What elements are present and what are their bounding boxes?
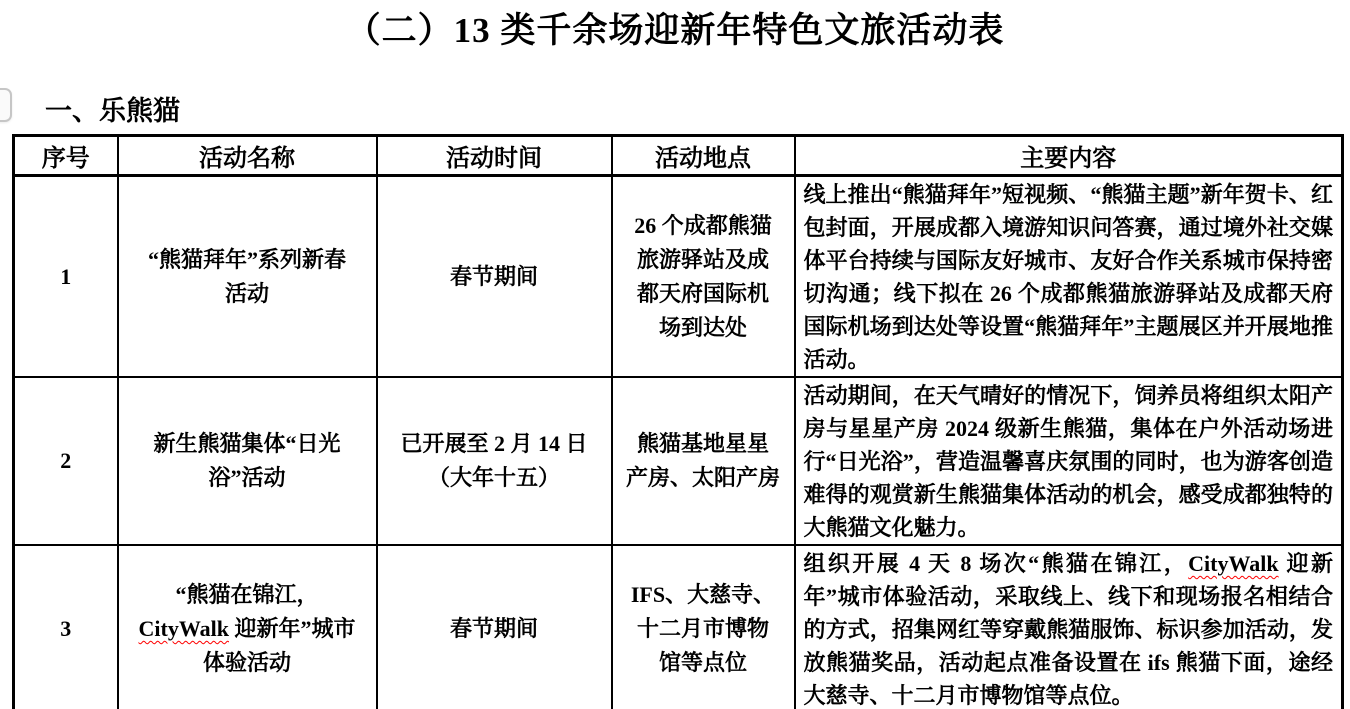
table-row: 3 “熊猫在锦江， CityWalk 迎新年”城市 体验活动 春节期间 IFS、… <box>14 545 1343 709</box>
cell-main-content: 活动期间，在天气晴好的情况下，饲养员将组织太阳产房与星星产房 2024 级新生熊… <box>795 377 1343 545</box>
cell-activity-location: 熊猫基地星星 产房、太阳产房 <box>612 377 795 545</box>
section-heading: 一、乐熊猫 <box>45 96 1350 126</box>
table-row: 2 新生熊猫集体“日光 浴”活动 已开展至 2 月 14 日 （大年十五） 熊猫… <box>14 377 1343 545</box>
cell-activity-name: “熊猫在锦江， CityWalk 迎新年”城市 体验活动 <box>118 545 377 709</box>
col-header-content: 主要内容 <box>795 136 1343 176</box>
spellcheck-underline: CityWalk <box>139 616 229 641</box>
cell-activity-time: 春节期间 <box>377 545 612 709</box>
col-header-name: 活动名称 <box>118 136 377 176</box>
col-header-time: 活动时间 <box>377 136 612 176</box>
table-row: 1 “熊猫拜年”系列新春 活动 春节期间 26 个成都熊猫 旅游驿站及成 都天府… <box>14 176 1343 378</box>
cell-activity-time: 春节期间 <box>377 176 612 378</box>
cell-activity-name: “熊猫拜年”系列新春 活动 <box>118 176 377 378</box>
cell-main-content: 线上推出“熊猫拜年”短视频、“熊猫主题”新年贺卡、红包封面，开展成都入境游知识问… <box>795 176 1343 378</box>
col-header-serial: 序号 <box>14 136 118 176</box>
col-header-location: 活动地点 <box>612 136 795 176</box>
cell-activity-location: IFS、大慈寺、 十二月市博物 馆等点位 <box>612 545 795 709</box>
cell-serial-number: 2 <box>14 377 118 545</box>
cell-serial-number: 3 <box>14 545 118 709</box>
margin-widget[interactable] <box>0 88 12 122</box>
cell-activity-name: 新生熊猫集体“日光 浴”活动 <box>118 377 377 545</box>
spellcheck-underline: CityWalk <box>1188 551 1278 576</box>
table-header-row: 序号 活动名称 活动时间 活动地点 主要内容 <box>14 136 1343 176</box>
cell-activity-location: 26 个成都熊猫 旅游驿站及成 都天府国际机 场到达处 <box>612 176 795 378</box>
document-page: （二）13 类千余场迎新年特色文旅活动表 一、乐熊猫 序号 活动名称 活动时间 … <box>0 6 1350 709</box>
page-title: （二）13 类千余场迎新年特色文旅活动表 <box>0 6 1350 56</box>
cell-activity-time: 已开展至 2 月 14 日 （大年十五） <box>377 377 612 545</box>
cell-main-content: 组织开展 4 天 8 场次“熊猫在锦江，CityWalk 迎新年”城市体验活动，… <box>795 545 1343 709</box>
cell-serial-number: 1 <box>14 176 118 378</box>
activities-table: 序号 活动名称 活动时间 活动地点 主要内容 1 “熊猫拜年”系列新春 活动 春… <box>12 134 1344 709</box>
